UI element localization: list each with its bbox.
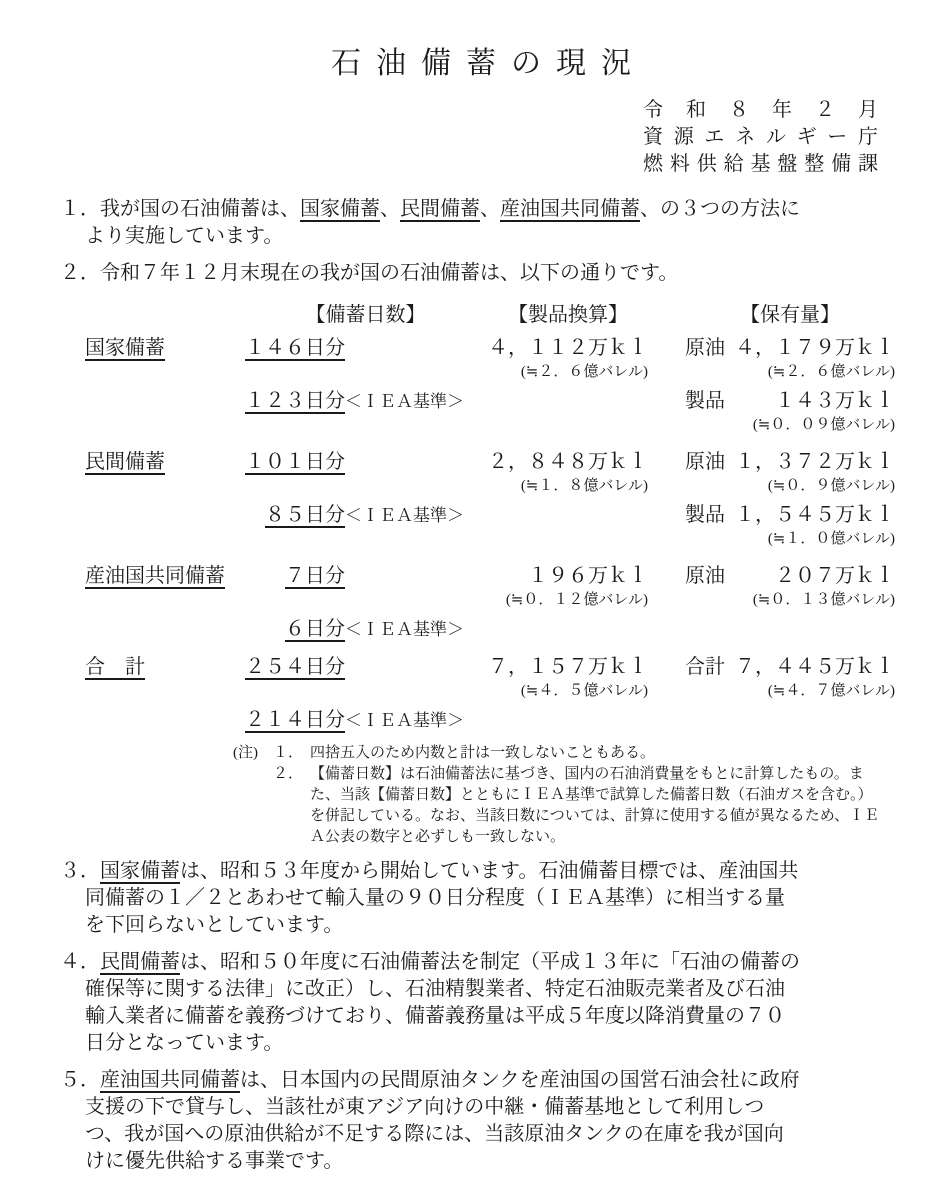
product-value: ４，１１２万ｋｌ xyxy=(488,333,648,363)
stockpile-table: 【備蓄日数】 【製品換算】 【保有量】 国家備蓄 １４６日分 ４，１１２万ｋｌ … xyxy=(85,301,902,735)
row-note2-line: (≒１．０億バレル) xyxy=(85,530,902,553)
holdings-label: 原油 xyxy=(685,561,725,591)
iea-standard-suffix: ＜ＩＥＡ基準＞ xyxy=(345,392,464,411)
iea-days-wrap: １２３日分 xyxy=(243,386,345,416)
row-label-cell: 民間備蓄 xyxy=(85,447,243,477)
days-value: ２５４日分 xyxy=(245,656,345,678)
holdings-label: 原油 xyxy=(685,333,725,363)
row-main-line: 民間備蓄 １０１日分 ２，８４８万ｋｌ 原油１，３７２万ｋｌ xyxy=(85,447,902,477)
product-barrel-note: (≒０．１２億バレル) xyxy=(488,591,648,614)
table-header-row: 【備蓄日数】 【製品換算】 【保有量】 xyxy=(85,301,902,333)
spacer xyxy=(243,416,488,439)
row-label: 産油国共同備蓄 xyxy=(85,565,225,587)
row-iea-line: １２３日分＜ＩＥＡ基準＞ 製品１４３万ｋｌ xyxy=(85,386,902,416)
days-cell: １０１日分 xyxy=(243,447,488,477)
term-joint-reserve: 産油国共同備蓄 xyxy=(100,1069,240,1091)
spacer xyxy=(85,591,243,614)
paragraph-2-text: ２．令和７年１２月末現在の我が国の石油備蓄は、以下の通りです。 xyxy=(60,262,678,284)
paragraph-1-sep1: 、 xyxy=(380,198,400,220)
product-value: １９６万ｋｌ xyxy=(488,561,648,591)
row-note-line: (≒４．５億バレル) (≒４．７億バレル) xyxy=(85,682,902,705)
paragraph-1: １．我が国の石油備蓄は、国家備蓄、民間備蓄、産油国共同備蓄、の３つの方法に より… xyxy=(60,196,902,250)
iea-days-wrap: ２１４日分 xyxy=(243,705,345,735)
notes-block: (注) １． 四捨五入のため内数と計は一致しないこともある。 ２． 【備蓄日数】… xyxy=(233,743,902,848)
spacer xyxy=(85,416,243,439)
holdings-cell: 原油１，３７２万ｋｌ xyxy=(685,447,895,477)
spacer xyxy=(488,614,648,644)
row-label: 国家備蓄 xyxy=(85,337,165,359)
header-product-equivalent: 【製品換算】 xyxy=(488,301,648,333)
header-stockpile-days: 【備蓄日数】 xyxy=(243,301,488,333)
holdings-barrel-note: (≒０．１３億バレル) xyxy=(685,591,895,614)
iea-days-value: ８５日分 xyxy=(265,504,345,526)
note-label: (注) xyxy=(233,743,273,764)
note-label-spacer xyxy=(233,764,273,848)
spacer xyxy=(243,477,488,500)
table-row-private-reserve: 民間備蓄 １０１日分 ２，８４８万ｋｌ 原油１，３７２万ｋｌ (≒１．８億バレル… xyxy=(85,447,902,553)
spacer xyxy=(243,530,488,553)
row-note-line: (≒０．１２億バレル) (≒０．１３億バレル) xyxy=(85,591,902,614)
holdings-cell: 合計７，４４５万ｋｌ xyxy=(685,652,895,682)
row-main-line: 産油国共同備蓄 ７日分 １９６万ｋｌ 原油２０７万ｋｌ xyxy=(85,561,902,591)
product-value: ７，１５７万ｋｌ xyxy=(488,652,648,682)
days-cell: ２５４日分 xyxy=(243,652,488,682)
spacer xyxy=(85,363,243,386)
document-title: 石油備蓄の現況 xyxy=(60,46,902,81)
holdings-cell: 原油４，１７９万ｋｌ xyxy=(685,333,895,363)
days-value-wrap: １０１日分 xyxy=(243,447,345,477)
iea-standard-suffix: ＜ＩＥＡ基準＞ xyxy=(345,506,464,525)
spacer xyxy=(85,477,243,500)
paragraph-2: ２．令和７年１２月末現在の我が国の石油備蓄は、以下の通りです。 xyxy=(60,260,902,287)
note-item-2: ２． 【備蓄日数】は石油備蓄法に基づき、国内の石油消費量をもとに計算したもの。ま… xyxy=(233,764,902,848)
spacer xyxy=(243,591,488,614)
spacer xyxy=(488,705,648,735)
holdings-barrel-note: (≒０．９億バレル) xyxy=(685,477,895,500)
days-value: ７日分 xyxy=(285,565,345,587)
product-barrel-note: (≒１．８億バレル) xyxy=(488,477,648,500)
note-text: 四捨五入のため内数と計は一致しないこともある。 xyxy=(310,743,902,764)
note-text: 【備蓄日数】は石油備蓄法に基づき、国内の石油消費量をもとに計算したもの。ま た、… xyxy=(310,764,902,848)
spacer xyxy=(85,500,243,530)
note-number: ２． xyxy=(273,764,310,848)
iea-days-cell: ２１４日分＜ＩＥＡ基準＞ xyxy=(243,705,488,735)
iea-days-value: １２３日分 xyxy=(245,390,345,412)
byline-division: 燃料供給基盤整備課 xyxy=(643,151,878,178)
product-value: ２，８４８万ｋｌ xyxy=(488,447,648,477)
spacer xyxy=(685,614,895,644)
holdings2-label: 製品 xyxy=(685,500,725,530)
holdings-label: 原油 xyxy=(685,447,725,477)
spacer xyxy=(85,614,243,644)
row-label-cell: 産油国共同備蓄 xyxy=(85,561,243,591)
iea-days-cell: １２３日分＜ＩＥＡ基準＞ xyxy=(243,386,488,416)
spacer xyxy=(488,500,648,530)
table-row-joint-reserve: 産油国共同備蓄 ７日分 １９６万ｋｌ 原油２０７万ｋｌ (≒０．１２億バレル) … xyxy=(85,561,902,644)
row-note-line: (≒２．６億バレル) (≒２．６億バレル) xyxy=(85,363,902,386)
holdings2-cell: 製品１，５４５万ｋｌ xyxy=(685,500,895,530)
holdings-value: ２０７万ｋｌ xyxy=(775,561,895,591)
paragraph-3-text: は、昭和５３年度から開始しています。石油備蓄目標では、産油国共 同備蓄の１／２と… xyxy=(85,860,798,936)
table-row-total: 合 計 ２５４日分 ７，１５７万ｋｌ 合計７，４４５万ｋｌ (≒４．５億バレル)… xyxy=(85,652,902,735)
row-iea-line: ６日分＜ＩＥＡ基準＞ xyxy=(85,614,902,644)
holdings2-barrel-note: (≒０．０９億バレル) xyxy=(685,416,895,439)
holdings-value: １，３７２万ｋｌ xyxy=(735,447,895,477)
iea-days-wrap: ６日分 xyxy=(243,614,345,644)
term-private-reserve: 民間備蓄 xyxy=(400,198,480,220)
paragraph-4: ４．民間備蓄は、昭和５０年度に石油備蓄法を制定（平成１３年に「石油の備蓄の 確保… xyxy=(60,949,902,1057)
product-barrel-note: (≒４．５億バレル) xyxy=(488,682,648,705)
table-row-national-reserve: 国家備蓄 １４６日分 ４，１１２万ｋｌ 原油４，１７９万ｋｌ (≒２．６億バレル… xyxy=(85,333,902,439)
days-value: １０１日分 xyxy=(245,451,345,473)
paragraph-4-text: は、昭和５０年度に石油備蓄法を制定（平成１３年に「石油の備蓄の 確保等に関する法… xyxy=(85,951,800,1054)
spacer xyxy=(85,386,243,416)
spacer xyxy=(85,682,243,705)
term-joint-reserve: 産油国共同備蓄 xyxy=(500,198,640,220)
spacer xyxy=(243,682,488,705)
holdings-barrel-note: (≒２．６億バレル) xyxy=(685,363,895,386)
holdings2-barrel-note: (≒１．０億バレル) xyxy=(685,530,895,553)
days-cell: ７日分 xyxy=(243,561,488,591)
paragraph-3-num: ３． xyxy=(60,860,100,882)
iea-standard-suffix: ＜ＩＥＡ基準＞ xyxy=(345,620,464,639)
iea-days-cell: ８５日分＜ＩＥＡ基準＞ xyxy=(243,500,488,530)
spacer xyxy=(488,530,648,553)
row-note2-line: (≒０．０９億バレル) xyxy=(85,416,902,439)
holdings-barrel-note: (≒４．７億バレル) xyxy=(685,682,895,705)
row-iea-line: ２１４日分＜ＩＥＡ基準＞ xyxy=(85,705,902,735)
paragraph-4-num: ４． xyxy=(60,951,100,973)
holdings-value: ４，１７９万ｋｌ xyxy=(735,333,895,363)
byline-block: 令和８年２月 資源エネルギー庁 燃料供給基盤整備課 xyxy=(643,97,878,178)
byline-date: 令和８年２月 xyxy=(643,97,878,124)
term-national-reserve: 国家備蓄 xyxy=(100,860,180,882)
holdings-value: ７，４４５万ｋｌ xyxy=(735,652,895,682)
term-national-reserve: 国家備蓄 xyxy=(300,198,380,220)
note-item-1: (注) １． 四捨五入のため内数と計は一致しないこともある。 xyxy=(233,743,902,764)
holdings2-value: １４３万ｋｌ xyxy=(775,386,895,416)
spacer xyxy=(85,705,243,735)
spacer xyxy=(488,416,648,439)
byline-agency: 資源エネルギー庁 xyxy=(643,124,878,151)
paragraph-3: ３．国家備蓄は、昭和５３年度から開始しています。石油備蓄目標では、産油国共 同備… xyxy=(60,858,902,939)
row-note-line: (≒１．８億バレル) (≒０．９億バレル) xyxy=(85,477,902,500)
row-main-line: 合 計 ２５４日分 ７，１５７万ｋｌ 合計７，４４５万ｋｌ xyxy=(85,652,902,682)
paragraph-1-text: １．我が国の石油備蓄は、 xyxy=(60,198,300,220)
holdings-label: 合計 xyxy=(685,652,725,682)
spacer xyxy=(243,363,488,386)
document-page: 石油備蓄の現況 令和８年２月 資源エネルギー庁 燃料供給基盤整備課 １．我が国の… xyxy=(0,0,942,1198)
paragraph-5-num: ５． xyxy=(60,1069,100,1091)
header-spacer xyxy=(85,301,243,333)
holdings-cell: 原油２０７万ｋｌ xyxy=(685,561,895,591)
paragraph-1-sep2: 、 xyxy=(480,198,500,220)
days-cell: １４６日分 xyxy=(243,333,488,363)
days-value-wrap: ７日分 xyxy=(243,561,345,591)
row-label: 合 計 xyxy=(85,656,145,678)
days-value-wrap: ２５４日分 xyxy=(243,652,345,682)
row-main-line: 国家備蓄 １４６日分 ４，１１２万ｋｌ 原油４，１７９万ｋｌ xyxy=(85,333,902,363)
term-private-reserve: 民間備蓄 xyxy=(100,951,180,973)
holdings2-value: １，５４５万ｋｌ xyxy=(735,500,895,530)
row-label-cell: 合 計 xyxy=(85,652,243,682)
iea-days-cell: ６日分＜ＩＥＡ基準＞ xyxy=(243,614,488,644)
paragraph-5: ５．産油国共同備蓄は、日本国内の民間原油タンクを産油国の国営石油会社に政府 支援… xyxy=(60,1067,902,1175)
row-iea-line: ８５日分＜ＩＥＡ基準＞ 製品１，５４５万ｋｌ xyxy=(85,500,902,530)
iea-days-value: ６日分 xyxy=(285,618,345,640)
iea-standard-suffix: ＜ＩＥＡ基準＞ xyxy=(345,711,464,730)
holdings2-cell: 製品１４３万ｋｌ xyxy=(685,386,895,416)
spacer xyxy=(685,705,895,735)
spacer xyxy=(488,386,648,416)
holdings2-label: 製品 xyxy=(685,386,725,416)
note-number: １． xyxy=(273,743,310,764)
header-holdings: 【保有量】 xyxy=(685,301,895,333)
days-value-wrap: １４６日分 xyxy=(243,333,345,363)
iea-days-value: ２１４日分 xyxy=(245,709,345,731)
days-value: １４６日分 xyxy=(245,337,345,359)
spacer xyxy=(85,530,243,553)
row-label-cell: 国家備蓄 xyxy=(85,333,243,363)
product-barrel-note: (≒２．６億バレル) xyxy=(488,363,648,386)
iea-days-wrap: ８５日分 xyxy=(243,500,345,530)
row-label: 民間備蓄 xyxy=(85,451,165,473)
